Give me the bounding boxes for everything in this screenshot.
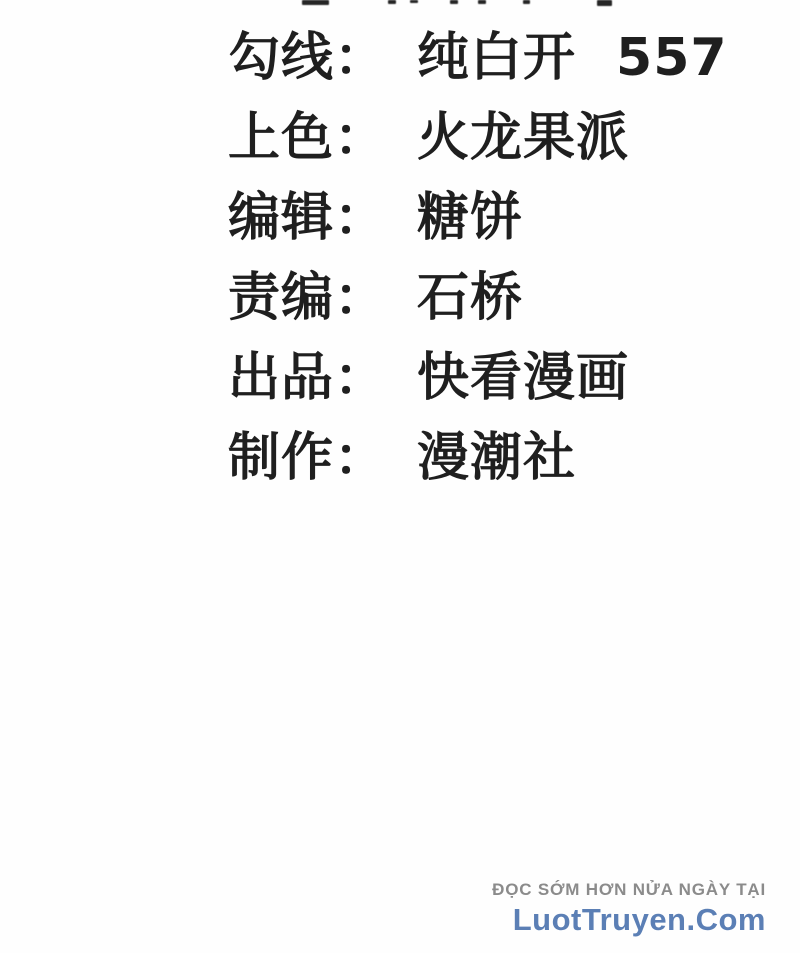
text-fragment: [523, 0, 530, 4]
credit-line-editor: 编辑：糖饼: [228, 178, 728, 258]
credit-value: 火龙果派: [417, 108, 629, 168]
text-fragment: [597, 0, 612, 6]
credit-number: 557: [616, 28, 728, 88]
credit-label: 勾线: [228, 28, 334, 88]
credit-label: 编辑: [228, 188, 334, 248]
text-fragment: [302, 0, 329, 5]
text-fragment: [450, 0, 458, 4]
credit-value: 糖饼: [417, 188, 523, 248]
cropped-previous-line-fragments: [0, 0, 800, 8]
watermark-tagline: ĐỌC SỚM HƠN NỬA NGÀY TẠI: [492, 880, 766, 900]
credit-label: 上色: [228, 108, 334, 168]
text-fragment: [410, 0, 418, 3]
credit-colon: ：: [334, 428, 387, 488]
credit-colon: ：: [334, 188, 387, 248]
credit-value: 漫潮社: [417, 428, 576, 488]
watermark-site-name: LuotTruyen.Com: [492, 902, 766, 938]
text-fragment: [478, 0, 486, 4]
credit-line-producer: 出品：快看漫画: [228, 338, 728, 418]
credit-line-studio: 制作：漫潮社: [228, 418, 728, 498]
credit-colon: ：: [334, 28, 387, 88]
credit-label: 责编: [228, 268, 334, 328]
watermark: ĐỌC SỚM HƠN NỬA NGÀY TẠI LuotTruyen.Com: [492, 880, 766, 938]
credit-colon: ：: [334, 268, 387, 328]
credit-value: 石桥: [417, 268, 523, 328]
credits-list: 勾线：纯白开557 上色：火龙果派 编辑：糖饼 责编：石桥 出品：快看漫画 制作…: [228, 18, 728, 498]
credit-label: 出品: [228, 348, 334, 408]
text-fragment: [388, 0, 396, 4]
credit-label: 制作: [228, 428, 334, 488]
credit-value: 快看漫画: [417, 348, 629, 408]
comic-credits-page: { "page": { "background": "#fefefe", "te…: [0, 0, 800, 953]
credit-colon: ：: [334, 108, 387, 168]
credit-value: 纯白开: [417, 28, 576, 88]
credit-line-coloring: 上色：火龙果派: [228, 98, 728, 178]
credit-colon: ：: [334, 348, 387, 408]
credit-line-chief-editor: 责编：石桥: [228, 258, 728, 338]
credit-line-lineart: 勾线：纯白开557: [228, 18, 728, 98]
